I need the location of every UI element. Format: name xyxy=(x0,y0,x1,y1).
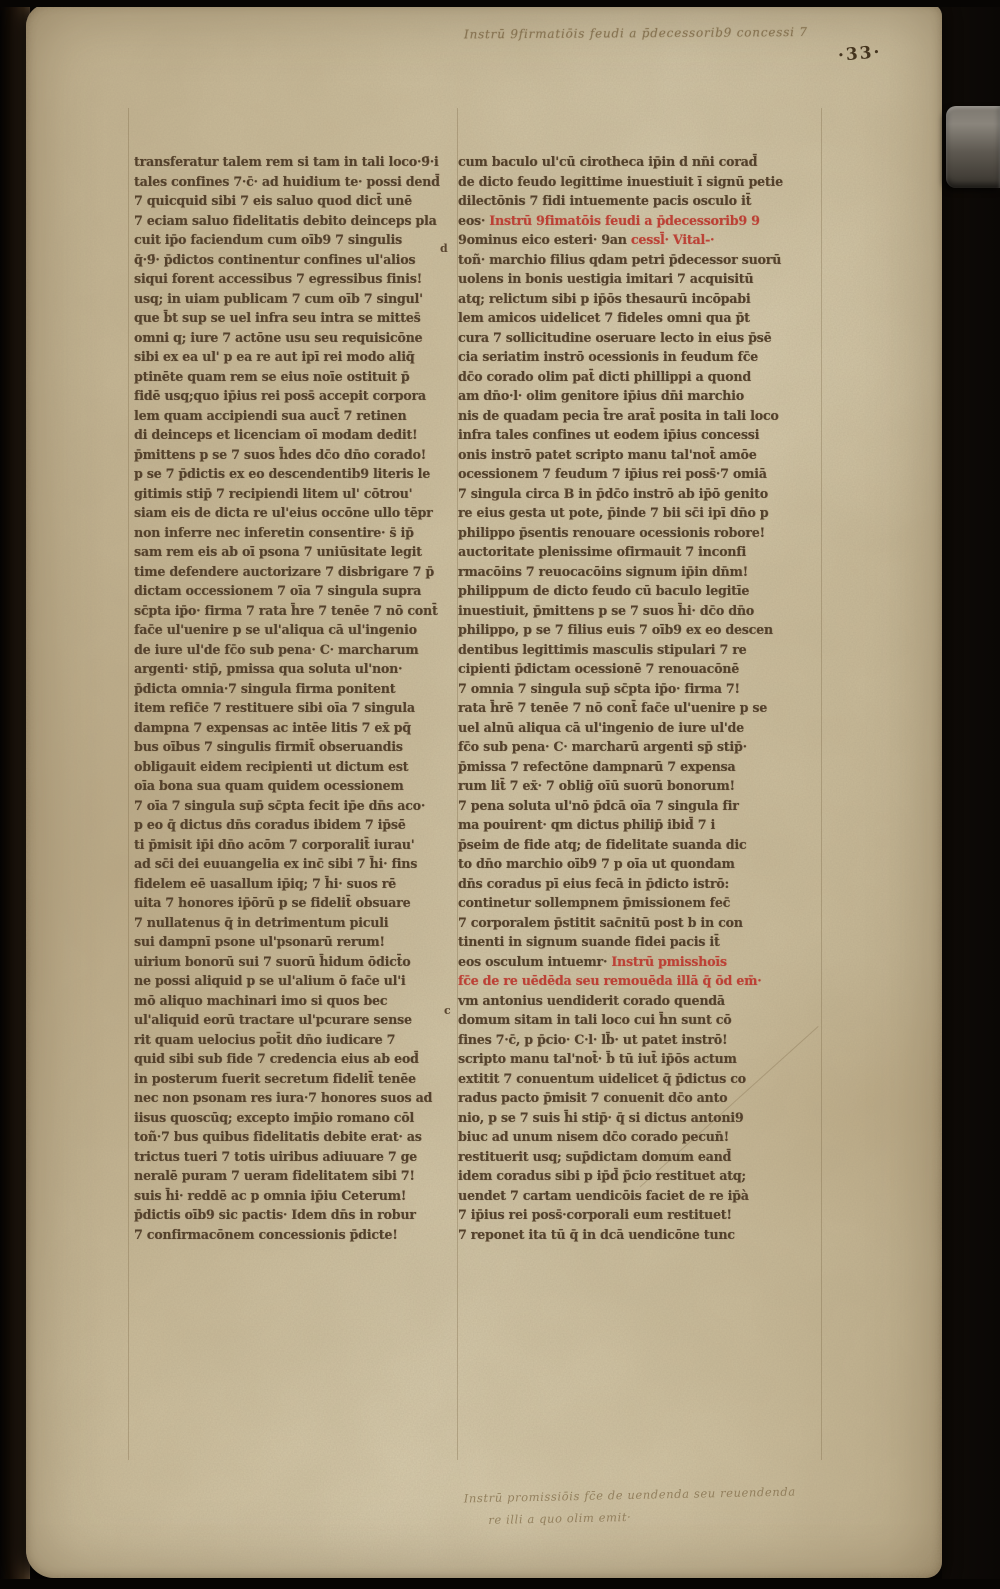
manuscript-line: gitimis stip̄ 7 recipiendi litem ul' cōt… xyxy=(134,484,470,504)
manuscript-line: am dn̄o·l· olim genitore ip̄ius dn̄i mar… xyxy=(458,386,830,406)
manuscript-line: bus oībus 7 singulis firmit̄ obseruandis xyxy=(134,737,470,757)
body-text: fidelem eē uasallum ip̄iq; 7 h̄i· suos r… xyxy=(134,876,396,891)
manuscript-line: ptinēte quam rem se eius noīe ostituit p… xyxy=(134,367,470,387)
body-text: gitimis stip̄ 7 recipiendi litem ul' cōt… xyxy=(134,486,412,501)
body-text: quid sibi sub fide 7 credencia eius ab e… xyxy=(134,1051,419,1066)
body-text: philippo, p se 7 filius euis 7 oīb9 ex e… xyxy=(458,622,773,637)
body-text: vm antonius uendiderit corado quendā xyxy=(458,993,725,1008)
manuscript-line: re eius gesta ut pote, p̄inde 7 bii sc̄i… xyxy=(458,503,830,523)
manuscript-line: scripto manu tal'not̄· b̄ tū iut̄ ip̄ōs … xyxy=(458,1049,830,1069)
body-text: 7 confirmacōnem concessionis p̄dicte! xyxy=(134,1227,398,1242)
body-text: rum lit̄ 7 ex̄· 7 obliḡ oīū suorū bonoru… xyxy=(458,778,735,793)
body-text: cia seriatim instrō ocessionis in feudum… xyxy=(458,349,758,364)
body-text: idem coradus sibi p ip̄d̄ p̄cio restitue… xyxy=(458,1168,746,1183)
manuscript-line: toñ·7 bus quibus fidelitatis debite erat… xyxy=(134,1127,470,1147)
body-text: lem quam accipiendi sua auct̄ 7 retinen xyxy=(134,408,406,423)
body-text: nio, p se 7 suis h̄i stip̄· q̄ si dictus… xyxy=(458,1110,743,1125)
body-text: inuestiuit, p̄mittens p se 7 suos h̄i· d… xyxy=(458,603,754,618)
body-text: p̄seim de fide atq; de fidelitate suanda… xyxy=(458,837,746,852)
manuscript-line: 7 reponet ita tū q̄ in dcā uendicōne tun… xyxy=(458,1225,830,1245)
manuscript-line: p̄dicta omnia·7 singula firma ponitent xyxy=(134,679,470,699)
manuscript-line: uendet 7 cartam uendicōis faciet de re i… xyxy=(458,1186,830,1206)
manuscript-line: dn̄s coradus pī eius fecā in p̄dicto ist… xyxy=(458,874,830,894)
body-text: obligauit eidem recipienti ut dictum est xyxy=(134,759,408,774)
body-text: nis de quadam pecia t̄re arat̄ posita in… xyxy=(458,408,779,423)
manuscript-line: dictam occessionem 7 oīa 7 singula supra xyxy=(134,581,470,601)
body-text: biuc ad unum nisem dc̄o corado pecun̄! xyxy=(458,1129,729,1144)
body-text: bus oībus 7 singulis firmit̄ obseruandis xyxy=(134,739,403,754)
body-text: 7 oīa 7 singula sup̄ sc̄pta fecit ip̄e d… xyxy=(134,798,425,813)
manuscript-line: usq; in uiam publicam 7 cum oīb 7 singul… xyxy=(134,289,470,309)
body-text: ma pouirent· qm dictus philip̄ ibid̄ 7 i xyxy=(458,817,715,832)
manuscript-line: sibi ex ea ul' p ea re aut ipī rei modo … xyxy=(134,347,470,367)
body-text: uirium bonorū sui 7 suorū h̄idum ōdict̄o xyxy=(134,954,410,969)
body-text: toñ·7 bus quibus fidelitatis debite erat… xyxy=(134,1129,422,1144)
manuscript-line: philippo, p se 7 filius euis 7 oīb9 ex e… xyxy=(458,620,830,640)
body-text: siqui forent accessibus 7 egressibus fin… xyxy=(134,271,422,286)
manuscript-line: 7 confirmacōnem concessionis p̄dicte! xyxy=(134,1225,470,1245)
body-text: sibi ex ea ul' p ea re aut ipī rei modo … xyxy=(134,349,414,364)
manuscript-line: cipienti p̄dictam ocessionē 7 renouacōnē xyxy=(458,659,830,679)
manuscript-line: idem coradus sibi p ip̄d̄ p̄cio restitue… xyxy=(458,1166,830,1186)
manuscript-line: uirium bonorū sui 7 suorū h̄idum ōdict̄o xyxy=(134,952,470,972)
body-text: p se 7 p̄dictis ex eo descendentib9 lite… xyxy=(134,466,430,481)
manuscript-line: tales confines 7·c̄· ad huidium te· poss… xyxy=(134,172,470,192)
manuscript-line: inuestiuit, p̄mittens p se 7 suos h̄i· d… xyxy=(458,601,830,621)
body-text: tinenti in signum suande fidei pacis it̄ xyxy=(458,934,720,949)
body-text: que b̄t sup se uel infra seu intra se mi… xyxy=(134,310,420,325)
manuscript-line: dilectōnis 7 fidi intuemente pacis oscul… xyxy=(458,191,830,211)
body-text: infra tales confines ut eodem ip̄ius con… xyxy=(458,427,759,442)
manuscript-line: oīa bona sua quam quidem ocessionem xyxy=(134,776,470,796)
body-text: ocessionem 7 feudum 7 ip̄ius rei poss̄·7… xyxy=(458,466,767,481)
manuscript-line: sc̄pta ip̄o· firma 7 rata h̄re 7 tenēe 7… xyxy=(134,601,470,621)
body-text: 7 eciam saluo fidelitatis debito deincep… xyxy=(134,213,437,228)
body-text: atq; relictum sibi p ip̄ōs thesaurū incō… xyxy=(458,291,750,306)
body-text: de dicto feudo legittime inuestiuit ī si… xyxy=(458,174,783,189)
body-text: uendet 7 cartam uendicōis faciet de re i… xyxy=(458,1188,749,1203)
body-text: continetur sollempnem p̄missionem fec̄ xyxy=(458,895,730,910)
manuscript-line: nio, p se 7 suis h̄i stip̄· q̄ si dictus… xyxy=(458,1108,830,1128)
body-text: philippo p̄sentis renouare ocessionis ro… xyxy=(458,525,765,540)
body-text: cuit ip̄o faciendum cum oīb9 7 singulis xyxy=(134,232,402,247)
body-text: cipienti p̄dictam ocessionē 7 renouacōnē xyxy=(458,661,739,676)
manuscript-line: siqui forent accessibus 7 egressibus fin… xyxy=(134,269,470,289)
manuscript-line: omni q; iure 7 actōne usu seu requisicōn… xyxy=(134,328,470,348)
body-text: siam eis de dicta re ul'eius occōne ullo… xyxy=(134,505,433,520)
body-text: lem amicos uidelicet 7 fideles omni qua … xyxy=(458,310,750,325)
body-text: uolens in bonis uestigia imitari 7 acqui… xyxy=(458,271,753,286)
body-text: nec non psonam res iura·7 honores suos a… xyxy=(134,1090,432,1105)
body-text: 7 corporalem p̄stitit sac̄nitū post b in… xyxy=(458,915,743,930)
manuscript-line: suis h̄i· reddē ac p omnia ip̄iu Ceterum… xyxy=(134,1186,470,1206)
ruling-line-left xyxy=(128,108,129,1460)
manuscript-line: 9ominus eico esteri· 9an cessl̄· Vital-· xyxy=(458,230,830,250)
body-text: ptinēte quam rem se eius noīe ostituit p… xyxy=(134,369,410,384)
body-text: rata h̄rē 7 tenēe 7 nō cont̄ fac̄e ul'ue… xyxy=(458,700,767,715)
manuscript-line: lem amicos uidelicet 7 fideles omni qua … xyxy=(458,308,830,328)
manuscript-line: quid sibi sub fide 7 credencia eius ab e… xyxy=(134,1049,470,1069)
body-text: p eo q̄ dictus dn̄s coradus ibidem 7 ip̄… xyxy=(134,817,406,832)
manuscript-line: 7 corporalem p̄stitit sac̄nitū post b in… xyxy=(458,913,830,933)
manuscript-line: ne possi aliquid p se ul'alium ō fac̄e u… xyxy=(134,971,470,991)
manuscript-line: cia seriatim instrō ocessionis in feudum… xyxy=(458,347,830,367)
manuscript-line: mō aliquo machinari imo si quos bec xyxy=(134,991,470,1011)
body-text: transferatur talem rem si tam in tali lo… xyxy=(134,154,439,169)
manuscript-line: neralē puram 7 ueram fidelitatem sibi 7! xyxy=(134,1166,470,1186)
body-text: uita 7 honores ip̄ōrū p se fidelit̄ obsu… xyxy=(134,895,410,910)
manuscript-line: siam eis de dicta re ul'eius occōne ullo… xyxy=(134,503,470,523)
body-text: to dn̄o marchio oīb9 7 p oīa ut quondam xyxy=(458,856,735,871)
manuscript-line: radus pacto p̄misit 7 conuenit dc̄o anto xyxy=(458,1088,830,1108)
manuscript-line: cum baculo ul'cū cirotheca ip̄in d nn̄i … xyxy=(458,152,830,172)
manuscript-line: uita 7 honores ip̄ōrū p se fidelit̄ obsu… xyxy=(134,893,470,913)
rubric-text: Instrū 9fimatōis feudi a p̄decessorib9 9 xyxy=(489,213,759,228)
body-text: 7 reponet ita tū q̄ in dcā uendicōne tun… xyxy=(458,1227,735,1242)
manuscript-line: fc̄o sub pena· C· marcharū argenti sp̄ s… xyxy=(458,737,830,757)
manuscript-line: p̄dictis oīb9 sic pactis· Idem dn̄s in r… xyxy=(134,1205,470,1225)
folio-number: ·33· xyxy=(837,42,882,66)
body-text: 7 nullatenus q̄ in detrimentum piculi xyxy=(134,915,388,930)
header-annotation: Instrū 9firmatiōis feudi a p̄decessorib9… xyxy=(464,25,864,42)
manuscript-line: dc̄o corado olim pat̄ dicti phillippi a … xyxy=(458,367,830,387)
body-text: fines 7·c̄, p p̄cio· C·l· lb̄· ut patet … xyxy=(458,1032,727,1047)
body-text: domum sitam in tali loco cui h̄n sunt cō xyxy=(458,1012,731,1027)
manuscript-line: fines 7·c̄, p p̄cio· C·l· lb̄· ut patet … xyxy=(458,1030,830,1050)
body-text: 7 quicquid sibi 7 eis saluo quod dict̄ u… xyxy=(134,193,412,208)
manuscript-line: dampna 7 expensas ac intēe litis 7 ex̄ p… xyxy=(134,718,470,738)
manuscript-line: philippum de dicto feudo cū baculo legit… xyxy=(458,581,830,601)
manuscript-line: time defendere auctorizare 7 disbrigare … xyxy=(134,562,470,582)
manuscript-line: trictus tueri 7 totis uiribus adiuuare 7… xyxy=(134,1147,470,1167)
manuscript-line: auctoritate plenissime ofirmauit 7 incon… xyxy=(458,542,830,562)
manuscript-line: obligauit eidem recipienti ut dictum est xyxy=(134,757,470,777)
manuscript-line: onis instrō patet scripto manu tal'not̄ … xyxy=(458,445,830,465)
manuscript-line: ti p̄misit ip̄i dn̄o acōm 7 corporalit̄ … xyxy=(134,835,470,855)
photo-edge-top xyxy=(0,0,1000,7)
body-text: p̄dictis oīb9 sic pactis· Idem dn̄s in r… xyxy=(134,1207,416,1222)
manuscript-line: fc̄e de re uēdēda seu remouēda illā q̄ ō… xyxy=(458,971,830,991)
body-text: sc̄pta ip̄o· firma 7 rata h̄re 7 tenēe 7… xyxy=(134,603,438,618)
manuscript-line: biuc ad unum nisem dc̄o corado pecun̄! xyxy=(458,1127,830,1147)
background-right xyxy=(942,0,1000,1589)
manuscript-line: philippo p̄sentis renouare ocessionis ro… xyxy=(458,523,830,543)
manuscript-line: sam rem eis ab oī psona 7 uniūsitate leg… xyxy=(134,542,470,562)
manuscript-line: lem quam accipiendi sua auct̄ 7 retinen xyxy=(134,406,470,426)
manuscript-line: di deinceps et licenciam oī modam dedit! xyxy=(134,425,470,445)
manuscript-line: ocessionem 7 feudum 7 ip̄ius rei poss̄·7… xyxy=(458,464,830,484)
text-column-right: cum baculo ul'cū cirotheca ip̄in d nn̄i … xyxy=(458,152,830,1244)
manuscript-line: ad sc̄i dei euuangelia ex inc̄ sibi 7 h̄… xyxy=(134,854,470,874)
margin-mark-c: c xyxy=(444,1004,451,1017)
body-text: di deinceps et licenciam oī modam dedit! xyxy=(134,427,417,442)
body-text: fc̄o sub pena· C· marcharū argenti sp̄ s… xyxy=(458,739,747,754)
manuscript-line: restituerit usq; sup̄dictam domum eand̄ xyxy=(458,1147,830,1167)
body-text: sui dampnī psone ul'psonarū rerum! xyxy=(134,934,385,949)
manuscript-line: domum sitam in tali loco cui h̄n sunt cō xyxy=(458,1010,830,1030)
body-text: radus pacto p̄misit 7 conuenit dc̄o anto xyxy=(458,1090,727,1105)
body-text: omni q; iure 7 actōne usu seu requisicōn… xyxy=(134,330,422,345)
manuscript-line: 7 eciam saluo fidelitatis debito deincep… xyxy=(134,211,470,231)
body-text: fac̄e ul'uenire p se ul'aliqua cā ul'ing… xyxy=(134,622,417,637)
body-text: cura 7 sollicitudine oseruare lecto in e… xyxy=(458,330,771,345)
manuscript-line: extitit 7 conuentum uidelicet q̄ p̄dictu… xyxy=(458,1069,830,1089)
body-text: scripto manu tal'not̄· b̄ tū iut̄ ip̄ōs … xyxy=(458,1051,737,1066)
body-text: de iure ul'de fc̄o sub pena· C· marcharu… xyxy=(134,642,418,657)
body-text: sam rem eis ab oī psona 7 uniūsitate leg… xyxy=(134,544,422,559)
manuscript-photo: Instrū 9firmatiōis feudi a p̄decessorib9… xyxy=(0,0,1000,1589)
manuscript-line: rmacōins 7 reuocacōins signum ip̄in dn̄m… xyxy=(458,562,830,582)
body-text: rit quam uelocius pot̄it dn̄o iudicare 7 xyxy=(134,1032,395,1047)
manuscript-line: eos osculum intuemr· Instrū pmisshoīs xyxy=(458,952,830,972)
manuscript-line: p̄mittens p se 7 suos h̄des dc̄o dn̄o co… xyxy=(134,445,470,465)
body-text: philippum de dicto feudo cū baculo legit… xyxy=(458,583,749,598)
body-text: ne possi aliquid p se ul'alium ō fac̄e u… xyxy=(134,973,405,988)
body-text: q̄·9̄· p̄dictos continentur confines ul'… xyxy=(134,252,415,267)
manuscript-line: de iure ul'de fc̄o sub pena· C· marcharu… xyxy=(134,640,470,660)
body-text: iisus quoscūq; excepto imp̄io romano cōl xyxy=(134,1110,414,1125)
manuscript-line: 7 singula circa B in p̄dc̄o instrō ab ip… xyxy=(458,484,830,504)
body-text: fidē usq;quo ip̄ius rei poss̄ accepit co… xyxy=(134,388,426,403)
binding-clip xyxy=(946,106,1000,188)
manuscript-line: 7 oīa 7 singula sup̄ sc̄pta fecit ip̄e d… xyxy=(134,796,470,816)
manuscript-line: 7 omnia 7 singula sup̄ sc̄pta ip̄o· firm… xyxy=(458,679,830,699)
manuscript-line: item refic̄e 7 restituere sibi oīa 7 sin… xyxy=(134,698,470,718)
manuscript-line: que b̄t sup se uel infra seu intra se mi… xyxy=(134,308,470,328)
manuscript-line: nis de quadam pecia t̄re arat̄ posita in… xyxy=(458,406,830,426)
photo-edge-bottom xyxy=(0,1579,1000,1589)
manuscript-line: infra tales confines ut eodem ip̄ius con… xyxy=(458,425,830,445)
body-text: am dn̄o·l· olim genitore ip̄ius dn̄i mar… xyxy=(458,388,744,403)
body-text: toñ· marchio filius qdam petri p̄decesso… xyxy=(458,252,781,267)
body-text: eos· xyxy=(458,213,489,228)
manuscript-line: non inferre nec inferetin consentire· s̄… xyxy=(134,523,470,543)
body-text: argenti· stip̄, pmissa qua soluta ul'non… xyxy=(134,661,402,676)
manuscript-line: uolens in bonis uestigia imitari 7 acqui… xyxy=(458,269,830,289)
body-text: dictam occessionem 7 oīa 7 singula supra xyxy=(134,583,421,598)
manuscript-line: iisus quoscūq; excepto imp̄io romano cōl xyxy=(134,1108,470,1128)
body-text: dilectōnis 7 fidi intuemente pacis oscul… xyxy=(458,193,751,208)
text-column-left: transferatur talem rem si tam in tali lo… xyxy=(134,152,470,1244)
rubric-text: fc̄e de re uēdēda seu remouēda illā q̄ ō… xyxy=(458,973,761,988)
manuscript-line: rum lit̄ 7 ex̄· 7 obliḡ oīū suorū bonoru… xyxy=(458,776,830,796)
manuscript-line: nec non psonam res iura·7 honores suos a… xyxy=(134,1088,470,1108)
manuscript-line: p̄seim de fide atq; de fidelitate suanda… xyxy=(458,835,830,855)
body-text: ad sc̄i dei euuangelia ex inc̄ sibi 7 h̄… xyxy=(134,856,417,871)
manuscript-line: continetur sollempnem p̄missionem fec̄ xyxy=(458,893,830,913)
body-text: p̄mittens p se 7 suos h̄des dc̄o dn̄o co… xyxy=(134,447,426,462)
manuscript-line: toñ· marchio filius qdam petri p̄decesso… xyxy=(458,250,830,270)
manuscript-line: 7 pena soluta ul'nō p̄dcā oīa 7 singula … xyxy=(458,796,830,816)
body-text: oīa bona sua quam quidem ocessionem xyxy=(134,778,403,793)
manuscript-line: uel alnū aliqua cā ul'ingenio de iure ul… xyxy=(458,718,830,738)
body-text: p̄missa 7 refectōne dampnarū 7 expensa xyxy=(458,759,735,774)
manuscript-line: rit quam uelocius pot̄it dn̄o iudicare 7 xyxy=(134,1030,470,1050)
manuscript-line: cuit ip̄o faciendum cum oīb9 7 singulis xyxy=(134,230,470,250)
manuscript-line: eos· Instrū 9fimatōis feudi a p̄decessor… xyxy=(458,211,830,231)
manuscript-line: de dicto feudo legittime inuestiuit ī si… xyxy=(458,172,830,192)
parchment-page: Instrū 9firmatiōis feudi a p̄decessorib9… xyxy=(26,4,942,1578)
manuscript-line: to dn̄o marchio oīb9 7 p oīa ut quondam xyxy=(458,854,830,874)
manuscript-line: rata h̄rē 7 tenēe 7 nō cont̄ fac̄e ul'ue… xyxy=(458,698,830,718)
body-text: re eius gesta ut pote, p̄inde 7 bii sc̄i… xyxy=(458,505,768,520)
manuscript-line: p eo q̄ dictus dn̄s coradus ibidem 7 ip̄… xyxy=(134,815,470,835)
margin-mark-d: d xyxy=(440,242,448,255)
body-text: tales confines 7·c̄· ad huidium te· poss… xyxy=(134,174,440,189)
manuscript-line: atq; relictum sibi p ip̄ōs thesaurū incō… xyxy=(458,289,830,309)
rubric-text: Instrū pmisshoīs xyxy=(611,954,726,969)
body-text: trictus tueri 7 totis uiribus adiuuare 7… xyxy=(134,1149,417,1164)
manuscript-line: ul'aliquid eorū tractare ul'pcurare sens… xyxy=(134,1010,470,1030)
manuscript-line: p̄missa 7 refectōne dampnarū 7 expensa xyxy=(458,757,830,777)
manuscript-line: ma pouirent· qm dictus philip̄ ibid̄ 7 i xyxy=(458,815,830,835)
body-text: eos osculum intuemr· xyxy=(458,954,611,969)
body-text: usq; in uiam publicam 7 cum oīb 7 singul… xyxy=(134,291,423,306)
body-text: dn̄s coradus pī eius fecā in p̄dicto ist… xyxy=(458,876,729,891)
manuscript-line: sui dampnī psone ul'psonarū rerum! xyxy=(134,932,470,952)
manuscript-line: tinenti in signum suande fidei pacis it̄ xyxy=(458,932,830,952)
body-text: 7 omnia 7 singula sup̄ sc̄pta ip̄o· firm… xyxy=(458,681,740,696)
body-text: mō aliquo machinari imo si quos bec xyxy=(134,993,387,1008)
manuscript-line: q̄·9̄· p̄dictos continentur confines ul'… xyxy=(134,250,470,270)
body-text: non inferre nec inferetin consentire· s̄… xyxy=(134,525,414,540)
body-text: 7 ip̄ius rei poss̄·corporali eum restitu… xyxy=(458,1207,732,1222)
body-text: neralē puram 7 ueram fidelitatem sibi 7! xyxy=(134,1168,415,1183)
body-text: 9ominus eico esteri· 9an xyxy=(458,232,631,247)
manuscript-line: fidelem eē uasallum ip̄iq; 7 h̄i· suos r… xyxy=(134,874,470,894)
manuscript-line: fac̄e ul'uenire p se ul'aliqua cā ul'ing… xyxy=(134,620,470,640)
body-text: 7 pena soluta ul'nō p̄dcā oīa 7 singula … xyxy=(458,798,739,813)
body-text: suis h̄i· reddē ac p omnia ip̄iu Ceterum… xyxy=(134,1188,406,1203)
manuscript-line: 7 quicquid sibi 7 eis saluo quod dict̄ u… xyxy=(134,191,470,211)
body-text: time defendere auctorizare 7 disbrigare … xyxy=(134,564,434,579)
manuscript-line: p se 7 p̄dictis ex eo descendentib9 lite… xyxy=(134,464,470,484)
body-text: dentibus legittimis masculis stipulari 7… xyxy=(458,642,746,657)
manuscript-line: 7 ip̄ius rei poss̄·corporali eum restitu… xyxy=(458,1205,830,1225)
body-text: onis instrō patet scripto manu tal'not̄ … xyxy=(458,447,757,462)
manuscript-line: transferatur talem rem si tam in tali lo… xyxy=(134,152,470,172)
body-text: dc̄o corado olim pat̄ dicti phillippi a … xyxy=(458,369,751,384)
body-text: rmacōins 7 reuocacōins signum ip̄in dn̄m… xyxy=(458,564,748,579)
manuscript-line: fidē usq;quo ip̄ius rei poss̄ accepit co… xyxy=(134,386,470,406)
manuscript-line: dentibus legittimis masculis stipulari 7… xyxy=(458,640,830,660)
manuscript-line: 7 nullatenus q̄ in detrimentum piculi xyxy=(134,913,470,933)
manuscript-line: vm antonius uendiderit corado quendā xyxy=(458,991,830,1011)
body-text: restituerit usq; sup̄dictam domum eand̄ xyxy=(458,1149,731,1164)
body-text: p̄dicta omnia·7 singula firma ponitent xyxy=(134,681,395,696)
body-text: ti p̄misit ip̄i dn̄o acōm 7 corporalit̄ … xyxy=(134,837,414,852)
manuscript-line: in posterum fuerit secretum fidelit̄ ten… xyxy=(134,1069,470,1089)
body-text: dampna 7 expensas ac intēe litis 7 ex̄ p… xyxy=(134,720,411,735)
body-text: cum baculo ul'cū cirotheca ip̄in d nn̄i … xyxy=(458,154,757,169)
body-text: in posterum fuerit secretum fidelit̄ ten… xyxy=(134,1071,416,1086)
rubric-text: cessl̄· Vital-· xyxy=(631,232,714,247)
body-text: auctoritate plenissime ofirmauit 7 incon… xyxy=(458,544,746,559)
body-text: extitit 7 conuentum uidelicet q̄ p̄dictu… xyxy=(458,1071,746,1086)
body-text: 7 singula circa B in p̄dc̄o instrō ab ip… xyxy=(458,486,768,501)
body-text: ul'aliquid eorū tractare ul'pcurare sens… xyxy=(134,1012,412,1027)
body-text: uel alnū aliqua cā ul'ingenio de iure ul… xyxy=(458,720,744,735)
manuscript-line: argenti· stip̄, pmissa qua soluta ul'non… xyxy=(134,659,470,679)
body-text: item refic̄e 7 restituere sibi oīa 7 sin… xyxy=(134,700,415,715)
manuscript-line: cura 7 sollicitudine oseruare lecto in e… xyxy=(458,328,830,348)
bottom-annotation: Instrū promissiōis fc̄e de uendenda seu … xyxy=(464,1477,942,1532)
